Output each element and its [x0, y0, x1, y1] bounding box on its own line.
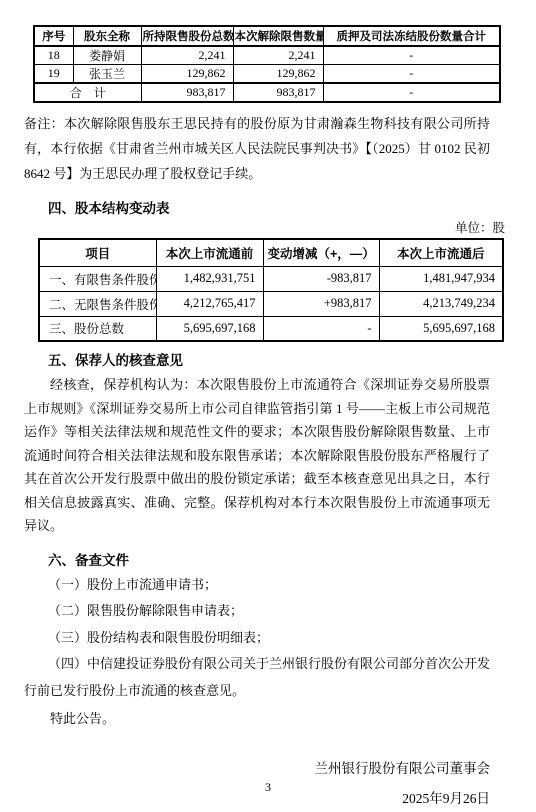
- cell-after: 1,481,947,934: [379, 266, 503, 291]
- cell-held: 2,241: [141, 46, 233, 65]
- col-header-seq: 序号: [34, 26, 73, 46]
- reference-documents-list: （一）股份上市流通申请书； （二）限售股份解除限售申请表； （三）股份结构表和限…: [24, 572, 490, 705]
- cell-before: 4,212,765,417: [156, 291, 263, 316]
- list-item: （二）限售股份解除限售申请表；: [24, 598, 490, 625]
- table-row: 三、股份总数 5,695,697,168 - 5,695,697,168: [39, 316, 503, 341]
- cell-after: 5,695,697,168: [379, 316, 503, 341]
- col-header-change: 变动增减（+，—）: [263, 239, 379, 266]
- unit-label: 单位：股: [24, 220, 505, 236]
- note-paragraph: 备注：本次解除限售股东王思民持有的股份原为甘肃瀚森生物科技有限公司所持有，本行依…: [24, 111, 490, 186]
- table-row: 19 张玉兰 129,862 129,862 -: [34, 65, 500, 84]
- cell-total-label: 合 计: [34, 83, 141, 102]
- cell-released: 129,862: [233, 65, 323, 84]
- table-header-row: 项目 本次上市流通前 变动增减（+，—） 本次上市流通后: [39, 239, 503, 266]
- cell-before: 1,482,931,751: [156, 266, 263, 291]
- cell-item: 一、有限售条件股份: [39, 266, 156, 291]
- cell-total-pledged: -: [323, 83, 500, 102]
- cell-seq: 18: [34, 46, 73, 65]
- cell-pledged: -: [323, 65, 500, 84]
- cell-change: -: [263, 316, 379, 341]
- col-header-released: 本次解除限售数量: [233, 26, 323, 46]
- cell-pledged: -: [323, 46, 500, 65]
- cell-change: +983,817: [263, 291, 379, 316]
- section4-title: 四、股本结构变动表: [24, 199, 490, 218]
- cell-shareholder: 张玉兰: [73, 65, 141, 84]
- table-total-row: 合 计 983,817 983,817 -: [34, 83, 500, 102]
- section6-title: 六、备查文件: [24, 551, 490, 570]
- col-header-after: 本次上市流通后: [379, 239, 503, 266]
- cell-held: 129,862: [141, 65, 233, 84]
- col-header-pledged: 质押及司法冻结股份数量合计: [323, 26, 500, 46]
- cell-after: 4,213,749,234: [379, 291, 503, 316]
- document-content: 序号 股东全称 所持限售股份总数 本次解除限售数量 质押及司法冻结股份数量合计 …: [24, 25, 490, 812]
- table-row: 18 娄静娟 2,241 2,241 -: [34, 46, 500, 65]
- col-header-held: 所持限售股份总数: [141, 26, 233, 46]
- closing-statement: 特此公告。: [24, 706, 490, 732]
- col-header-item: 项目: [39, 239, 156, 266]
- col-header-before: 本次上市流通前: [156, 239, 263, 266]
- cell-released: 2,241: [233, 46, 323, 65]
- share-structure-table: 项目 本次上市流通前 变动增减（+，—） 本次上市流通后 一、有限售条件股份 1…: [38, 238, 504, 342]
- cell-seq: 19: [34, 65, 73, 84]
- list-item: （四）中信建投证券股份有限公司关于兰州银行股份有限公司部分首次公开发行前已发行股…: [24, 651, 490, 704]
- list-item: （三）股份结构表和限售股份明细表；: [24, 625, 490, 652]
- cell-item: 三、股份总数: [39, 316, 156, 341]
- document-page: 序号 股东全称 所持限售股份总数 本次解除限售数量 质押及司法冻结股份数量合计 …: [0, 0, 536, 812]
- page-number: 3: [0, 780, 536, 795]
- section5-title: 五、保荐人的核查意见: [24, 351, 490, 370]
- table-row: 一、有限售条件股份 1,482,931,751 -983,817 1,481,9…: [39, 266, 503, 291]
- cell-item: 二、无限售条件股份: [39, 291, 156, 316]
- shareholder-release-table: 序号 股东全称 所持限售股份总数 本次解除限售数量 质押及司法冻结股份数量合计 …: [33, 25, 501, 103]
- table-header-row: 序号 股东全称 所持限售股份总数 本次解除限售数量 质押及司法冻结股份数量合计: [34, 26, 500, 46]
- cell-shareholder: 娄静娟: [73, 46, 141, 65]
- cell-total-held: 983,817: [141, 83, 233, 102]
- table-row: 二、无限售条件股份 4,212,765,417 +983,817 4,213,7…: [39, 291, 503, 316]
- list-item: （一）股份上市流通申请书；: [24, 572, 490, 599]
- sponsor-opinion-paragraph: 经核查，保荐机构认为：本次限售股份上市流通符合《深圳证券交易所股票上市规则》《深…: [24, 373, 490, 538]
- cell-total-released: 983,817: [233, 83, 323, 102]
- cell-before: 5,695,697,168: [156, 316, 263, 341]
- col-header-shareholder: 股东全称: [73, 26, 141, 46]
- cell-change: -983,817: [263, 266, 379, 291]
